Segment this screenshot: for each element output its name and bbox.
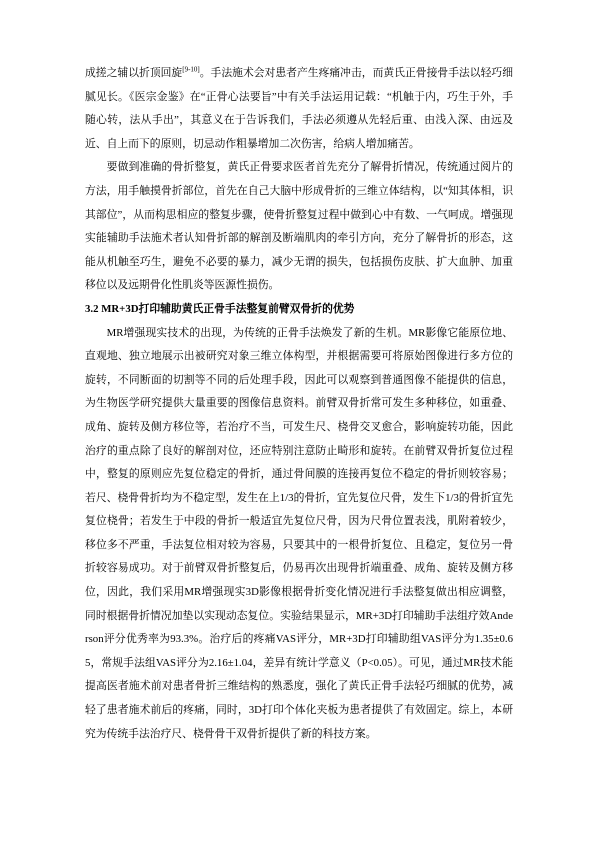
paragraph-fracture-reduction: 要做到准确的骨折整复，黄氏正骨要求医者首先充分了解骨折情况，传统通过阅片的方法，… (85, 156, 513, 298)
section-heading-3-2: 3.2 MR+3D打印辅助黄氏正骨手法整复前臂双骨折的优势 (85, 298, 513, 322)
paragraph-continuation-text-post: 。手法施术会对患者产生疼痛冲击，而黄氏正骨接骨手法以轻巧细腻见长。《医宗金鉴》在… (85, 67, 513, 150)
paragraph-continuation: 成搓之辅以折顶回旋[9-10]。手法施术会对患者产生疼痛冲击，而黄氏正骨接骨手法… (85, 62, 513, 156)
paragraph-continuation-text-pre: 成搓之辅以折顶回旋 (85, 67, 182, 79)
citation-marker: [9-10] (182, 65, 200, 73)
document-page: 成搓之辅以折顶回旋[9-10]。手法施术会对患者产生疼痛冲击，而黄氏正骨接骨手法… (0, 0, 595, 842)
paragraph-mr-3d-advantages: MR增强现实技术的出现，为传统的正骨手法焕发了新的生机。MR影像它能原位地、直观… (85, 322, 513, 747)
